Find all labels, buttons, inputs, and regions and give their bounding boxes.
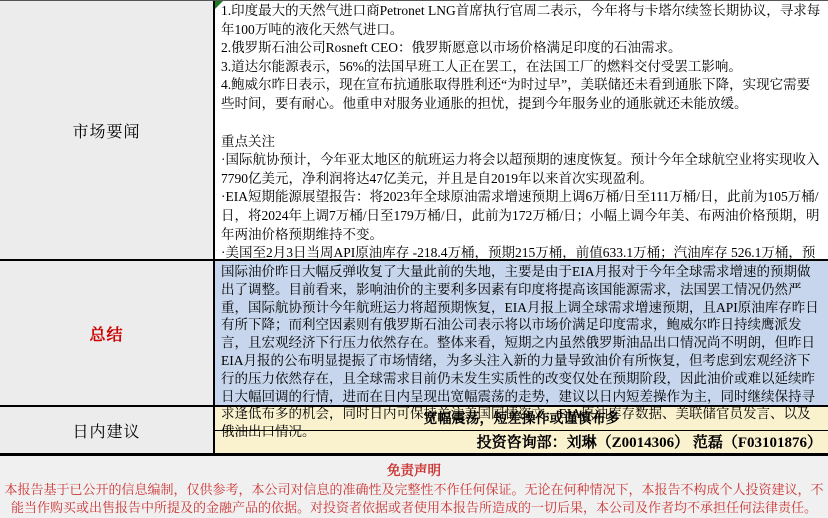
section-label-market-news: 市场要闻 <box>0 1 215 259</box>
focus-item: ·国际航协预计，今年亚太地区的航班运力将会以超预期的速度恢复。预计今年全球航空业… <box>221 151 823 188</box>
market-news-label: 市场要闻 <box>72 119 140 142</box>
row-market-news: 市场要闻 1.印度最大的天然气进口商Petronet LNG首席执行官周二表示，… <box>0 1 828 261</box>
section-label-summary: 总结 <box>0 261 215 405</box>
summary-label: 总结 <box>89 322 123 345</box>
news-item: 4.鲍威尔昨日表示，现在宣布抗通胀取得胜利还“为时过早”，美联储还未看到通胀下降… <box>221 76 823 113</box>
news-item: 2.俄罗斯石油公司Rosneft CEO：俄罗斯愿意以市场价格满足印度的石油需求… <box>221 39 823 58</box>
disclaimer-section: 免责声明 本报告基于已公开的信息编制，仅供参考，本公司对信息的准确性及完整性不作… <box>0 456 828 518</box>
daily-oil-report: 市场要闻 1.印度最大的天然气进口商Petronet LNG首席执行官周二表示，… <box>0 0 828 518</box>
section-label-advice: 日内建议 <box>0 407 215 453</box>
news-item: 1.印度最大的天然气进口商Petronet LNG首席执行官周二表示，今年将与卡… <box>221 2 823 39</box>
market-news-content: 1.印度最大的天然气进口商Petronet LNG首席执行官周二表示，今年将与卡… <box>215 1 828 259</box>
disclaimer-text: 本报告基于已公开的信息编制，仅供参考，本公司对信息的准确性及完整性不作任何保证。… <box>0 481 828 517</box>
focus-item: ·EIA短期能源展望报告：将2023年全球原油需求增速预期上调6万桶/日至111… <box>221 188 823 244</box>
summary-content: 国际油价昨日大幅反弹收复了大量此前的失地，主要是由于EIA月报对于今年全球需求增… <box>215 261 828 405</box>
advice-label: 日内建议 <box>72 419 140 442</box>
focus-title: 重点关注 <box>221 133 823 152</box>
report-table: 市场要闻 1.印度最大的天然气进口商Petronet LNG首席执行官周二表示，… <box>0 0 828 456</box>
cell-corner-marker-icon <box>215 1 223 9</box>
disclaimer-title: 免责声明 <box>0 459 828 479</box>
news-item: 3.道达尔能源表示，56%的法国早班工人正在罢工，在法国工厂的燃料交付受罢工影响… <box>221 58 823 77</box>
row-summary: 总结 国际油价昨日大幅反弹收复了大量此前的失地，主要是由于EIA月报对于今年全球… <box>0 261 828 407</box>
